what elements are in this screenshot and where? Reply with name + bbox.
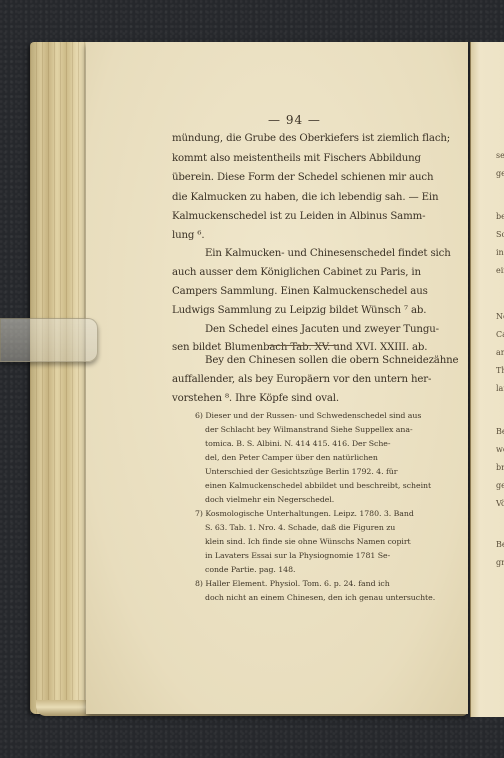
footnote-line: in Lavaters Essai sur la Physiognomie 17…: [205, 551, 390, 560]
facing-page-edge: [470, 42, 504, 717]
facing-page-fragment: brau: [496, 464, 504, 472]
footnote-line: 7) Kosmologische Unterhaltungen. Leipz. …: [195, 509, 414, 518]
facing-page-fragment: Ca: [496, 331, 504, 339]
footnote-line: tomica. B. S. Albini. N. 414 415. 416. D…: [205, 439, 390, 448]
footnote-line: del, den Peter Camper über den natürlich…: [205, 453, 378, 462]
footnote-line: Unterschied der Gesichtszüge Berlin 1792…: [205, 467, 397, 476]
facing-page-fragment: gebi: [496, 170, 504, 178]
footnote-line: klein sind. Ich finde sie ohne Wünschs N…: [205, 537, 411, 546]
footnote-line: 6) Dieser und der Russen- und Schwedensc…: [195, 411, 421, 420]
body-text-line: Den Schedel eines Jacuten und zweyer Tun…: [205, 324, 439, 335]
translucent-bookmark-tab[interactable]: [0, 318, 98, 362]
body-text-line: mündung, die Grube des Oberkiefers ist z…: [172, 133, 450, 144]
footnote-line: 8) Haller Element. Physiol. Tom. 6. p. 2…: [195, 579, 390, 588]
facing-page-fragment: Vön: [496, 500, 504, 508]
facing-page-fragment: in: [496, 249, 504, 257]
footnote-line: einen Kalmuckenschedel abbildet und besc…: [205, 481, 431, 490]
body-text-line: Ein Kalmucken- und Chinesenschedel finde…: [205, 248, 451, 259]
body-text-line: auch ausser dem Königlichen Cabinet zu P…: [172, 267, 421, 278]
facing-page-fragment: an: [496, 349, 504, 357]
body-text-line: lung ⁶.: [172, 230, 204, 241]
facing-page-fragment: gr: [496, 559, 504, 567]
body-text-line: Ludwigs Sammlung zu Leipzig bildet Wünsc…: [172, 305, 426, 316]
page-number: — 94 —: [268, 113, 321, 127]
facing-page-fragment: gegr: [496, 482, 504, 490]
footnote-line: S. 63. Tab. 1. Nro. 4. Schade, daß die F…: [205, 523, 395, 532]
body-text-line: auffallender, als bey Europäern vor den …: [172, 374, 431, 385]
facing-page-fragment: The: [496, 367, 504, 375]
body-text-line: vorstehen ⁸. Ihre Köpfe sind oval.: [172, 393, 339, 404]
facing-page-fragment: Bef: [496, 541, 504, 549]
facing-page-fragment: Ne: [496, 313, 504, 321]
body-text-line: Kalmuckenschedel ist zu Leiden in Albinu…: [172, 211, 425, 222]
body-text-line: Bey den Chinesen sollen die obern Schnei…: [205, 355, 458, 366]
facing-page-fragment: Sch: [496, 231, 504, 239]
footnote-line: doch nicht an einem Chinesen, den ich ge…: [205, 593, 435, 602]
facing-page-fragment: be: [496, 213, 504, 221]
body-text-line: überein. Diese Form der Schedel schienen…: [172, 172, 433, 183]
body-text-line: kommt also meistentheils mit Fischers Ab…: [172, 153, 421, 164]
book-fore-edge: [30, 42, 90, 714]
body-text-line: die Kalmucken zu haben, die ich lebendig…: [172, 192, 438, 203]
section-rule: [268, 345, 338, 346]
footnote-line: conde Partie. pag. 148.: [205, 565, 295, 574]
facing-page-fragment: weh: [496, 446, 504, 454]
facing-page-fragment: sen: [496, 152, 504, 160]
footnote-line: der Schlacht bey Wilmanstrand Siehe Supp…: [205, 425, 413, 434]
body-text-line: Campers Sammlung. Einen Kalmuckenschedel…: [172, 286, 428, 297]
body-text-line: sen bildet Blumenbach Tab. XV. und XVI. …: [172, 342, 427, 353]
footnote-line: doch vielmehr ein Negerschedel.: [205, 495, 334, 504]
facing-page-fragment: Bef: [496, 428, 504, 436]
facing-page-fragment: ein: [496, 267, 504, 275]
facing-page-fragment: lan: [496, 385, 504, 393]
